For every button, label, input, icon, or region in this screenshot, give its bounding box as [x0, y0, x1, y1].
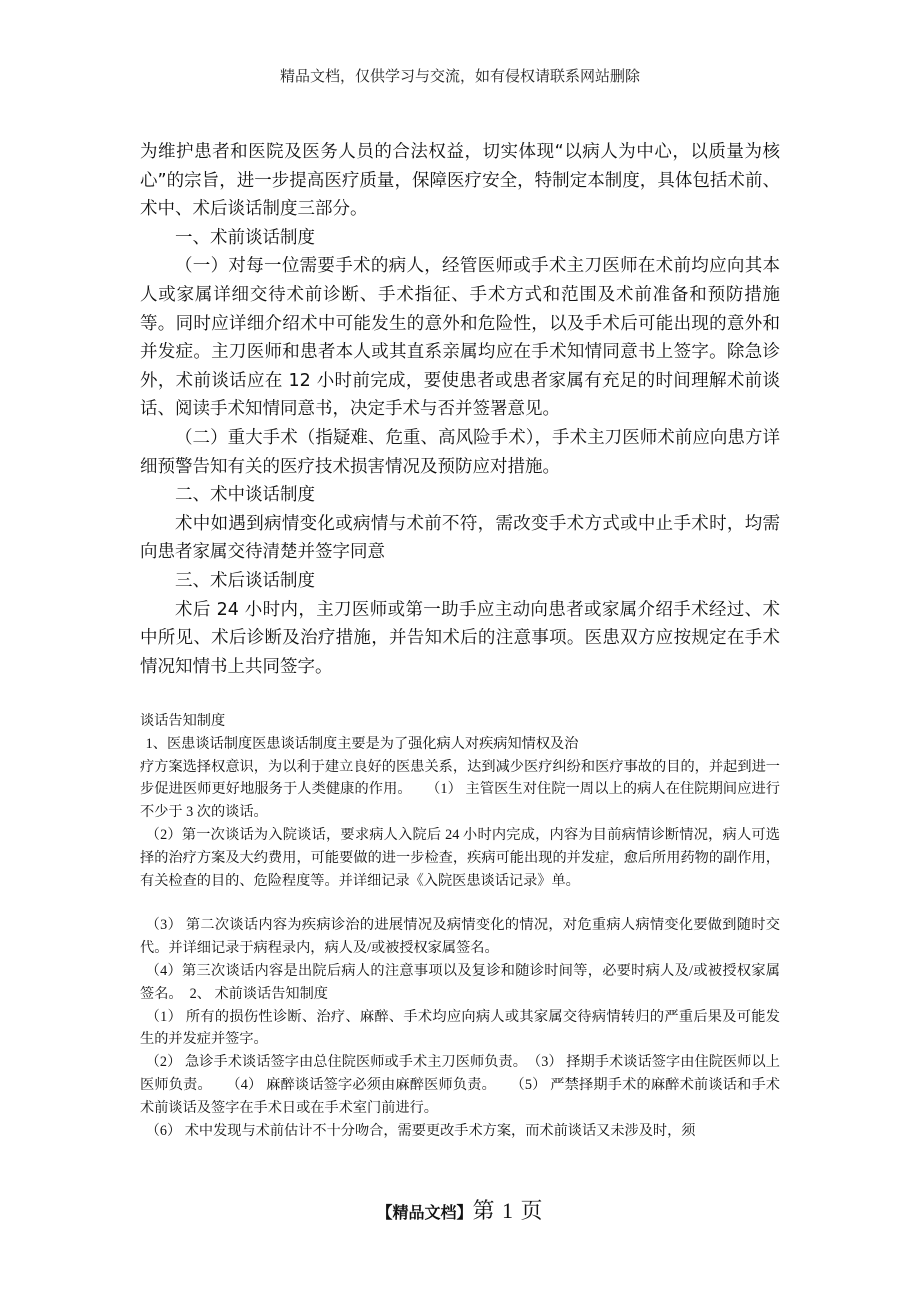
item-2: （2）第一次谈话为入院谈话，要求病人入院后 24 小时内完成，内容为目前病情诊断…	[140, 824, 780, 892]
talk-notification-section: 谈话告知制度 1、医患谈话制度医患谈话制度主要是为了强化病人对疾病知情权及治 疗…	[140, 710, 780, 1142]
heading-preop-talk: 一、术前谈话制度	[140, 224, 780, 253]
page-footer: 【精品文档】第 1 页	[0, 1194, 920, 1225]
preop-paragraph-2: （二）重大手术（指疑难、危重、高风险手术），手术主刀医师术前应向患方详细预警告知…	[140, 424, 780, 481]
item-1-first-line: 1、医患谈话制度医患谈话制度主要是为了强化病人对疾病知情权及治	[140, 733, 780, 756]
item-1-body: 疗方案选择权意识，为以利于建立良好的医患关系，达到减少医疗纠纷和医疗事故的目的，…	[140, 756, 780, 824]
heading-postop-talk: 三、术后谈话制度	[140, 567, 780, 596]
item-3: （3） 第二次谈话内容为疾病诊治的进展情况及病情变化的情况，对危重病人病情变化要…	[140, 914, 780, 960]
footer-label: 【精品文档】	[376, 1205, 472, 1222]
item-5: （1） 所有的损伤性诊断、治疗、麻醉、手术均应向病人或其家属交待病情转归的严重后…	[140, 1006, 780, 1052]
preop-paragraph-1: （一）对每一位需要手术的病人，经管医师或手术主刀医师在术前均应向其本人或家属详细…	[140, 252, 780, 424]
postop-paragraph: 术后 24 小时内，主刀医师或第一助手应主动向患者或家属介绍手术经过、术中所见、…	[140, 596, 780, 682]
item-4: （4）第三次谈话内容是出院后病人的注意事项以及复诊和随诊时间等，必要时病人及/或…	[140, 960, 780, 1006]
intro-paragraph: 为维护患者和医院及医务人员的合法权益，切实体现“以病人为中心，以质量为核心”的宗…	[140, 138, 780, 224]
heading-intraop-talk: 二、术中谈话制度	[140, 481, 780, 510]
intraop-paragraph: 术中如遇到病情变化或病情与术前不符，需改变手术方式或中止手术时，均需向患者家属交…	[140, 510, 780, 567]
page-number: 第 1 页	[473, 1198, 544, 1223]
page-header-watermark: 精品文档，仅供学习与交流，如有侵权请联系网站删除	[0, 66, 920, 86]
surgery-talk-policy-section: 为维护患者和医院及医务人员的合法权益，切实体现“以病人为中心，以质量为核心”的宗…	[140, 138, 780, 681]
item-6: （2） 急诊手术谈话签字由总住院医师或手术主刀医师负责。 （3） 择期手术谈话签…	[140, 1051, 780, 1119]
item-7: （6） 术中发现与术前估计不十分吻合，需要更改手术方案，而术前谈话又未涉及时，须	[140, 1120, 780, 1143]
spacer	[140, 892, 780, 914]
section-title: 谈话告知制度	[140, 710, 780, 733]
